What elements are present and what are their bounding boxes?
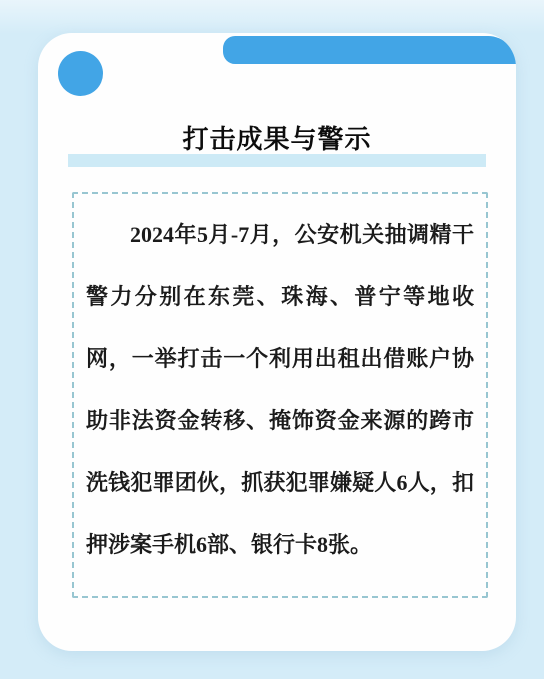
page-background: { "document": { "title": "打击成果与警示", "bod…	[0, 0, 544, 679]
decorative-circle-icon	[58, 51, 103, 96]
decorative-top-tab	[223, 36, 516, 64]
title-underline	[68, 154, 486, 167]
page-title: 打击成果与警示	[38, 119, 516, 156]
notice-card: 打击成果与警示 2024年5月-7月，公安机关抽调精干警力分别在东莞、珠海、普宁…	[38, 33, 516, 651]
body-paragraph: 2024年5月-7月，公安机关抽调精干警力分别在东莞、珠海、普宁等地收网，一举打…	[86, 204, 474, 576]
body-panel: 2024年5月-7月，公安机关抽调精干警力分别在东莞、珠海、普宁等地收网，一举打…	[72, 192, 488, 598]
